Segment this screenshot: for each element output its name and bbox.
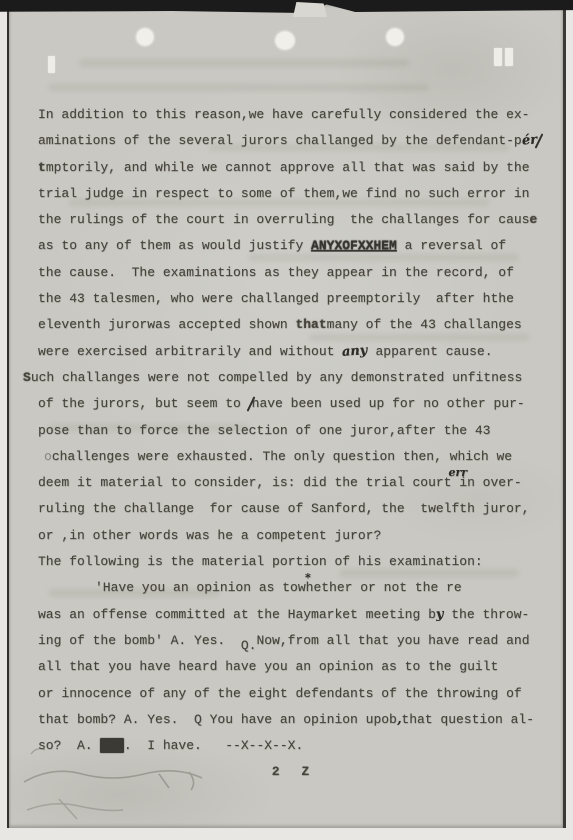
- text-segment: the 43 talesmen, who were challanged pre…: [38, 291, 514, 306]
- text-line: the rulings of the court in overruling t…: [38, 207, 550, 233]
- text-line: The following is the material portion of…: [38, 549, 550, 575]
- text-line: all that you have heard have you an opin…: [38, 654, 550, 680]
- text-line: 2 Z: [38, 759, 550, 785]
- text-segment: as towhether or not the re: [251, 580, 462, 595]
- text-segment: that bomb? A. Yes. Q You have an opinion…: [38, 712, 397, 727]
- text-line: ruling the challange for cause of Sanfor…: [38, 496, 550, 522]
- tape-fragment: [494, 48, 502, 66]
- text-segment: trial judge in respect to some of them,w…: [38, 186, 529, 201]
- text-line: the 43 talesmen, who were challanged pre…: [38, 286, 550, 312]
- text-segment: or ,in other words was he a competent ju…: [38, 528, 381, 543]
- text-segment: the rulings of the court in overruling t…: [38, 212, 529, 227]
- text-segment: the throw-: [443, 607, 529, 622]
- text-segment: 2 Z: [272, 764, 316, 779]
- text-line: that bomb? A. Yes. Q You have an opinion…: [38, 707, 550, 733]
- text-segment-smudge: S: [23, 370, 31, 385]
- text-segment: all that you have heard have you an opin…: [38, 659, 498, 674]
- paper-tear-notch: [293, 2, 327, 17]
- paper-sheet: In addition to this reason,we have caref…: [7, 4, 566, 828]
- text-segment: have been used up for no other pur-: [252, 396, 525, 411]
- text-segment-hw: ér: [521, 128, 538, 155]
- text-segment: mptorily, and while we cannot approve al…: [46, 160, 530, 175]
- text-segment: apparent cause.: [368, 344, 493, 359]
- tape-fragment: [48, 56, 55, 73]
- text-segment-struck: ANYXOFXXHEM: [311, 238, 397, 253]
- text-line: was an offense committed at the Haymarke…: [38, 602, 550, 628]
- text-segment: 'Have you an opinion: [95, 580, 251, 595]
- text-segment: that question al-: [401, 712, 534, 727]
- text-segment: many of the 43 challanges: [327, 317, 522, 332]
- text-line: eleventh jurorwas accepted shown thatman…: [38, 312, 550, 338]
- typewritten-text: In addition to this reason,we have caref…: [38, 102, 550, 786]
- text-segment: so? A.: [38, 738, 100, 753]
- text-segment: Now,from all that you have read and: [256, 633, 529, 648]
- text-segment: ruling the challange for cause of Sanfor…: [38, 501, 529, 516]
- text-segment-stroke: [537, 133, 540, 148]
- text-segment: a reversal of: [397, 238, 506, 253]
- text-segment: The following is the material portion of…: [38, 554, 483, 569]
- text-segment: of the jurors, but seem to: [38, 396, 249, 411]
- text-line: were exercised arbitrarily and without a…: [38, 339, 550, 365]
- text-segment: . I have. --X--X--X.: [124, 738, 303, 753]
- text-line: or innocence of any of the eight defenda…: [38, 681, 550, 707]
- punch-hole: [275, 31, 295, 50]
- text-segment: as to any of them as would justify: [38, 238, 311, 253]
- text-line: or ,in other words was he a competent ju…: [38, 523, 550, 549]
- punch-hole: [386, 28, 404, 46]
- text-segment: In addition to this reason,we have caref…: [38, 107, 529, 122]
- text-line: trial judge in respect to some of them,w…: [38, 181, 550, 207]
- text-line: the cause. The examinations as they appe…: [38, 260, 550, 286]
- text-segment-hw: ,: [396, 707, 402, 734]
- text-segment: challenges were exhausted. The only ques…: [52, 449, 512, 464]
- text-line: as to any of them as would justify ANYXO…: [38, 233, 550, 259]
- text-line: ochallenges were exhausted. The only que…: [38, 444, 550, 470]
- text-line: of the jurors, but seem to have been use…: [38, 391, 550, 417]
- text-segment: was an offense committed at the Haymarke…: [38, 607, 436, 622]
- tape-fragment: [505, 48, 513, 66]
- text-line: In addition to this reason,we have caref…: [38, 102, 550, 128]
- punch-hole: [136, 28, 154, 46]
- text-segment: ing of the bomb' A. Yes.: [38, 633, 241, 648]
- text-segment: aminations of the several jurors challan…: [38, 133, 522, 148]
- text-line: Such challanges were not compelled by an…: [23, 365, 550, 391]
- text-segment: or innocence of any of the eight defenda…: [38, 686, 522, 701]
- text-segment-smudge: that: [295, 317, 326, 332]
- text-segment-dropped: Q.: [241, 638, 257, 653]
- text-segment-hw: any: [341, 338, 368, 366]
- text-segment-smudge: e: [529, 212, 537, 227]
- text-segment: eleventh jurorwas accepted shown: [38, 317, 295, 332]
- text-segment-faint: o: [44, 449, 52, 464]
- text-line: so? A. Yes. I have. --X--X--X.: [38, 733, 550, 759]
- text-segment: the cause. The examinations as they appe…: [38, 265, 514, 280]
- text-line: 'Have you an opinion* as towhether or no…: [38, 575, 550, 601]
- text-line: pose than to force the selection of one …: [38, 418, 550, 444]
- text-line: ing of the bomb' A. Yes. Q.Now,from all …: [38, 628, 550, 654]
- text-segment: were exercised arbitrarily and without: [38, 344, 342, 359]
- text-line: aminations of the several jurors challan…: [38, 128, 550, 154]
- text-segment-smudge: t: [38, 160, 46, 175]
- text-segment: pose than to force the selection of one …: [38, 423, 490, 438]
- text-segment: uch challanges were not compelled by any…: [31, 370, 522, 385]
- text-segment-blotted: Yes: [100, 738, 123, 753]
- text-line: deem it material to consider, is: did th…: [38, 470, 550, 496]
- text-line: tmptorily, and while we cannot approve a…: [38, 155, 550, 181]
- text-segment-hw: y: [435, 601, 444, 628]
- text-segment: deem it material to consider, is: did th…: [38, 475, 451, 490]
- document-scan: { "colors":{ "paper":"#c9c8c2", "ink":"#…: [0, 0, 573, 840]
